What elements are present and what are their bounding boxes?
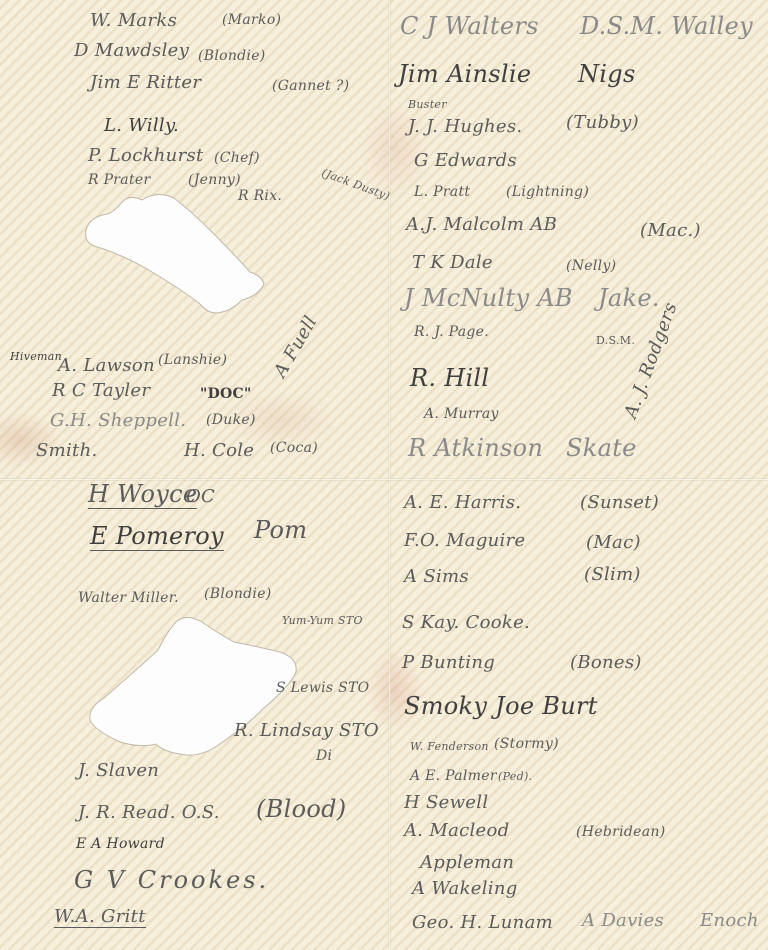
signature: L. Pratt [414, 184, 470, 200]
signature-nickname: (Chef) [214, 150, 260, 166]
signature-nickname: (Hebridean) [576, 824, 665, 840]
photo-cutout-top [82, 192, 278, 320]
signature-nickname: (Mac) [586, 532, 641, 553]
signature-nickname: Jake. [598, 284, 660, 312]
signature-prefix: Hiveman [10, 350, 62, 363]
signature: R. J. Page. [414, 324, 489, 340]
signature: R. Hill [410, 364, 489, 392]
signature: Smith. [36, 440, 98, 461]
signature: G V Crookes. [74, 866, 269, 894]
signature: A. Macleod [404, 820, 509, 841]
signature-nickname: Di [316, 748, 332, 764]
signature-nickname: (Marko) [222, 12, 281, 28]
signature: S Lewis STO [276, 680, 369, 696]
signature-nickname: Pom [254, 516, 307, 544]
signature: L. Willy. [104, 115, 179, 136]
signature: D.S.M. Walley [580, 12, 753, 40]
signature: Walter Miller. [78, 590, 179, 606]
signature-nickname: (Duke) [206, 412, 256, 428]
signature: R Prater [88, 172, 150, 188]
signature: F.O. Maguire [404, 530, 525, 551]
signature: Jim E Ritter [90, 72, 201, 93]
signature: R Rix. [238, 188, 282, 204]
signature: J McNulty AB [404, 284, 573, 312]
signature-prefix: Buster [408, 98, 447, 111]
signature: P Bunting [402, 652, 495, 673]
signature: Smoky Joe Burt [404, 692, 598, 720]
signature: E A Howard [76, 836, 165, 852]
signature-nickname: (Blood) [256, 795, 346, 823]
signature: G.H. Sheppell. [50, 410, 186, 431]
signature-nickname: (Lightning) [506, 184, 589, 200]
signature: J. R. Read. O.S. [78, 802, 220, 823]
signature: W. Fenderson [410, 740, 489, 753]
signature-nickname: (Blondie) [204, 586, 272, 602]
signature: P. Lockhurst [88, 145, 204, 166]
signature: W. Marks [90, 10, 177, 31]
signature: D Mawdsley [74, 40, 189, 61]
signature: W.A. Gritt [54, 906, 146, 928]
signature-nickname: (Bones) [570, 652, 642, 673]
signature-nickname: "DOC" [200, 386, 252, 402]
signature-nickname: (Blondie) [198, 48, 266, 64]
signature: A Sims [404, 566, 469, 587]
signature: Geo. H. Lunam [412, 912, 553, 933]
signature-nickname: Enoch [700, 910, 759, 931]
signature: H Woyce [88, 480, 197, 509]
signature: A. Lawson [58, 355, 155, 376]
signature: R. Lindsay STO [234, 720, 379, 741]
signature-nickname: (Stormy) [494, 736, 559, 752]
signature: J. J. Hughes. [408, 116, 522, 137]
signature: E Pomeroy [90, 522, 224, 551]
signature-nickname: (Slim) [584, 564, 641, 585]
signature: R C Tayler [52, 380, 150, 401]
signature: J. Slaven [78, 760, 159, 781]
signature-nickname: Skate [566, 434, 637, 462]
signature: R Atkinson [408, 434, 543, 462]
signature: Yum-Yum STO [282, 614, 363, 627]
signature: Jim Ainslie [398, 60, 531, 88]
signature: A Wakeling [412, 878, 518, 899]
vertical-fold-line [388, 0, 391, 950]
signature-nickname: (Coca) [270, 440, 318, 456]
signature: T K Dale [412, 252, 493, 273]
signature-nickname: (Mac.) [640, 220, 701, 241]
signature: A.J. Malcolm AB [406, 214, 557, 235]
signature-nickname: Nigs [578, 60, 636, 88]
signature: C J Walters [400, 12, 539, 40]
signature-nickname: (Ped). [498, 770, 532, 783]
signature: S Kay. Cooke. [402, 612, 530, 633]
signature-nickname: (Lanshie) [158, 352, 227, 368]
signature-nickname: (Jenny) [188, 172, 241, 188]
signature: A E. Palmer [410, 768, 497, 784]
signature-nickname: (Nelly) [566, 258, 616, 274]
signature: A. Murray [424, 406, 499, 422]
signature: A. E. Harris. [404, 492, 521, 513]
signature: G Edwards [414, 150, 517, 171]
signature-nickname: D.S.M. [596, 334, 635, 347]
signature-nickname: OC [186, 486, 215, 507]
signature: A Davies [582, 910, 664, 931]
signature-nickname: (Gannet ?) [272, 78, 349, 94]
signature: Appleman [420, 852, 514, 873]
signature-nickname: (Tubby) [566, 112, 639, 133]
signature-nickname: (Sunset) [580, 492, 659, 513]
signature: H. Cole [184, 440, 254, 461]
signature: H Sewell [404, 792, 488, 813]
